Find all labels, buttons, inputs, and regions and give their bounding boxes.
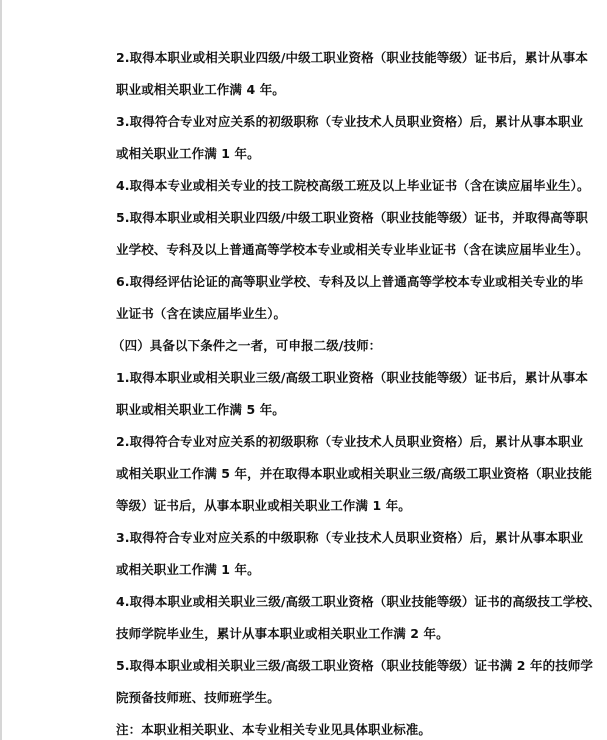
text-line: 或相关职业工作满 1 年。 <box>116 554 496 586</box>
text-line: 职业或相关职业工作满 5 年。 <box>116 394 496 426</box>
text-line: 或相关职业工作满 5 年，并在取得本职业或相关职业三级/高级工职业资格（职业技能 <box>116 458 496 490</box>
text-line: 业学校、专科及以上普通高等学校本专业或相关专业毕业证书（含在读应届毕业生）。 <box>116 234 496 266</box>
condition-3-item-6: 6.取得经评估论证的高等职业学校、专科及以上普通高等学校本专业或相关专业的毕 业… <box>116 266 496 330</box>
text-line: 4.取得本职业或相关职业三级/高级工职业资格（职业技能等级）证书的高级技工学校、 <box>116 586 496 618</box>
text-line: 职业或相关职业工作满 4 年。 <box>116 74 496 106</box>
text-line: 3.取得符合专业对应关系的初级职称（专业技术人员职业资格）后，累计从事本职业 <box>116 106 496 138</box>
text-line: 或相关职业工作满 1 年。 <box>116 138 496 170</box>
text-line: 技师学院毕业生，累计从事本职业或相关职业工作满 2 年。 <box>116 618 496 650</box>
note-text: 注：本职业相关职业、本专业相关专业见具体职业标准。 <box>116 714 496 740</box>
text-line: 院预备技师班、技师班学生。 <box>116 682 496 714</box>
text-line: 2.取得符合专业对应关系的初级职称（专业技术人员职业资格）后，累计从事本职业 <box>116 426 496 458</box>
text-line: 6.取得经评估论证的高等职业学校、专科及以上普通高等学校本专业或相关专业的毕 <box>116 266 496 298</box>
text-line: 4.取得本专业或相关专业的技工院校高级工班及以上毕业证书（含在读应届毕业生）。 <box>116 170 496 202</box>
condition-4-item-3: 3.取得符合专业对应关系的中级职称（专业技术人员职业资格）后，累计从事本职业 或… <box>116 522 496 586</box>
footnote: 注：本职业相关职业、本专业相关专业见具体职业标准。 <box>116 714 496 740</box>
condition-4-item-5: 5.取得本职业或相关职业三级/高级工职业资格（职业技能等级）证书满 2 年的技师… <box>116 650 496 714</box>
text-line: 等级）证书后，从事本职业或相关职业工作满 1 年。 <box>116 490 496 522</box>
page-left-edge <box>0 0 2 740</box>
section-heading-level-2-technician: （四）具备以下条件之一者，可申报二级/技师： <box>112 330 496 362</box>
condition-4-item-2: 2.取得符合专业对应关系的初级职称（专业技术人员职业资格）后，累计从事本职业 或… <box>116 426 496 522</box>
text-line: 1.取得本职业或相关职业三级/高级工职业资格（职业技能等级）证书后，累计从事本 <box>116 362 496 394</box>
text-line: 2.取得本职业或相关职业四级/中级工职业资格（职业技能等级）证书后，累计从事本 <box>116 42 496 74</box>
text-line: 5.取得本职业或相关职业三级/高级工职业资格（职业技能等级）证书满 2 年的技师… <box>116 650 496 682</box>
text-line: 业证书（含在读应届毕业生）。 <box>116 298 496 330</box>
condition-4-item-4: 4.取得本职业或相关职业三级/高级工职业资格（职业技能等级）证书的高级技工学校、… <box>116 586 496 650</box>
condition-3-item-5: 5.取得本职业或相关职业四级/中级工职业资格（职业技能等级）证书，并取得高等职 … <box>116 202 496 266</box>
document-page: 2.取得本职业或相关职业四级/中级工职业资格（职业技能等级）证书后，累计从事本 … <box>116 42 496 740</box>
condition-3-item-4: 4.取得本专业或相关专业的技工院校高级工班及以上毕业证书（含在读应届毕业生）。 <box>116 170 496 202</box>
condition-4-item-1: 1.取得本职业或相关职业三级/高级工职业资格（职业技能等级）证书后，累计从事本 … <box>116 362 496 426</box>
section-heading-text: （四）具备以下条件之一者，可申报二级/技师： <box>112 330 496 362</box>
text-line: 3.取得符合专业对应关系的中级职称（专业技术人员职业资格）后，累计从事本职业 <box>116 522 496 554</box>
condition-3-item-3: 3.取得符合专业对应关系的初级职称（专业技术人员职业资格）后，累计从事本职业 或… <box>116 106 496 170</box>
condition-3-item-2: 2.取得本职业或相关职业四级/中级工职业资格（职业技能等级）证书后，累计从事本 … <box>116 42 496 106</box>
text-line: 5.取得本职业或相关职业四级/中级工职业资格（职业技能等级）证书，并取得高等职 <box>116 202 496 234</box>
